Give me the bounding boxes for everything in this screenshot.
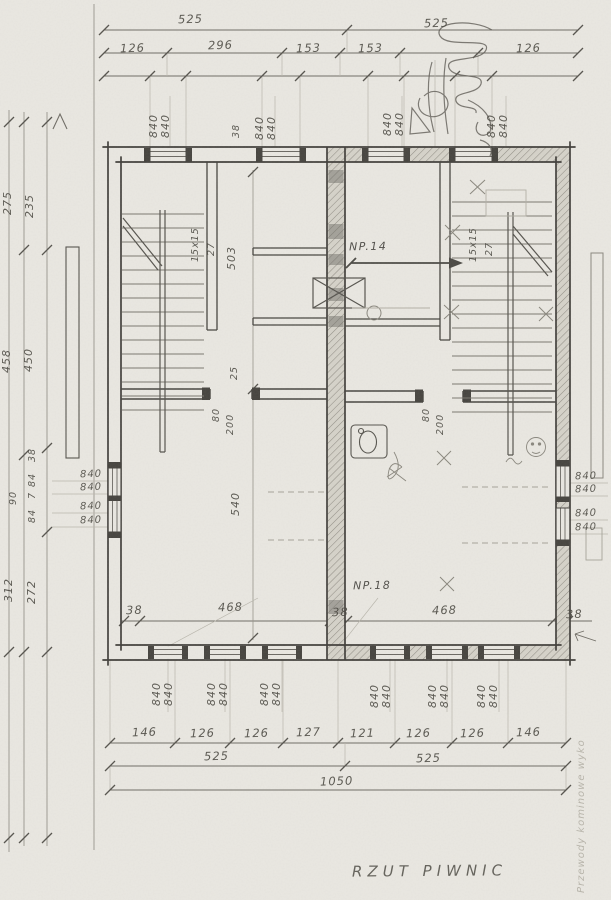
dim-label: 468	[218, 600, 243, 615]
dim-total-left: 525	[178, 12, 203, 27]
dim-label: 127	[296, 725, 321, 740]
dim-label: 7	[27, 492, 38, 499]
window-dim-label: 840	[438, 684, 451, 708]
window-dim-label: 840	[80, 482, 102, 494]
stair-tread-label: 15x15	[468, 227, 479, 262]
dim-subtotal-label: 525	[204, 749, 229, 764]
dim-label: 468	[432, 603, 457, 618]
dim-label: 90	[8, 491, 19, 505]
dim-total-right: 525	[424, 16, 449, 31]
dim-label: 235	[23, 194, 36, 218]
wall-thickness-label: 25	[229, 366, 240, 380]
door-dim-label: 80	[211, 408, 222, 422]
floor-plan-drawing	[0, 0, 611, 900]
dim-label: 126	[120, 41, 145, 56]
window-dim-label: 840	[575, 522, 597, 534]
pen-scribble	[410, 23, 492, 156]
scanned-basement-plan-sheet: 525 525 126 296 153 153 126 275 235 458 …	[0, 0, 611, 900]
stair-count-label: 27	[206, 242, 217, 256]
dim-label: 146	[516, 725, 541, 740]
window-dim-label: 840	[217, 682, 230, 706]
dim-label: 272	[25, 580, 38, 604]
window-dim-label: 840	[265, 116, 278, 140]
dim-label: 275	[1, 191, 14, 215]
dim-label: 146	[132, 725, 157, 740]
pencil-doodles	[53, 114, 596, 641]
dim-label: 126	[516, 41, 541, 56]
x-marks	[437, 180, 553, 591]
wc-sketch	[351, 425, 387, 458]
dim-label: 153	[296, 41, 321, 56]
window-dim-label: 840	[80, 501, 102, 513]
window-dim-label: 840	[575, 484, 597, 496]
np14-arrow	[346, 258, 463, 269]
dim-label: 38	[126, 603, 143, 618]
dim-label: 38	[27, 448, 38, 462]
room-depth-label: 503	[225, 246, 238, 270]
door-dim-label: 200	[435, 414, 446, 435]
centerlines	[268, 190, 552, 543]
dim-label: 153	[358, 41, 383, 56]
dim-label: 38	[332, 605, 349, 620]
dim-label: 126	[190, 726, 215, 741]
window-dim-label: 840	[80, 515, 102, 527]
dim-label: 458	[0, 349, 13, 373]
dim-label: 121	[350, 726, 375, 741]
door-dim-label: 200	[225, 414, 236, 435]
window-dim-label: 840	[393, 112, 406, 136]
window-dim-label: 840	[487, 684, 500, 708]
stair-tread-label: 15x15	[190, 227, 201, 262]
wall-thickness-label: 38	[231, 124, 242, 138]
dim-label: 38	[566, 607, 583, 622]
dim-subtotal-label: 525	[416, 751, 441, 766]
window-dim-label: 840	[159, 114, 172, 138]
window-dim-label: 840	[575, 471, 597, 483]
dim-label: 84	[27, 473, 38, 487]
dim-label: 84	[27, 509, 38, 523]
room-depth-label: 540	[229, 492, 242, 516]
door-dim-label: 80	[421, 408, 432, 422]
stairs-right	[452, 202, 552, 455]
dim-label: 126	[460, 726, 485, 741]
dim-label: 126	[244, 726, 269, 741]
dim-total-label: 1050	[320, 773, 354, 788]
dim-label: 312	[2, 578, 15, 602]
chimney-block	[313, 278, 381, 320]
dim-label: 450	[22, 348, 35, 372]
window-dim-label: 840	[575, 508, 597, 520]
window-dim-label: 840	[497, 114, 510, 138]
dim-label: 126	[406, 726, 431, 741]
window-dim-label: 840	[270, 682, 283, 706]
drawing-title: RZUT PIWNIC	[352, 861, 507, 880]
margin-note: Przewody kominowe wyko	[575, 739, 588, 893]
guide-lines	[9, 4, 94, 852]
dim-label: 296	[208, 38, 233, 53]
window-dim-label: 840	[80, 469, 102, 481]
window-dim-label: 840	[380, 684, 393, 708]
stair-count-label: 27	[484, 242, 495, 256]
room-label-np14: NP.14	[349, 240, 388, 254]
window-dim-label: 840	[162, 682, 175, 706]
room-label-np18: NP.18	[353, 579, 392, 593]
